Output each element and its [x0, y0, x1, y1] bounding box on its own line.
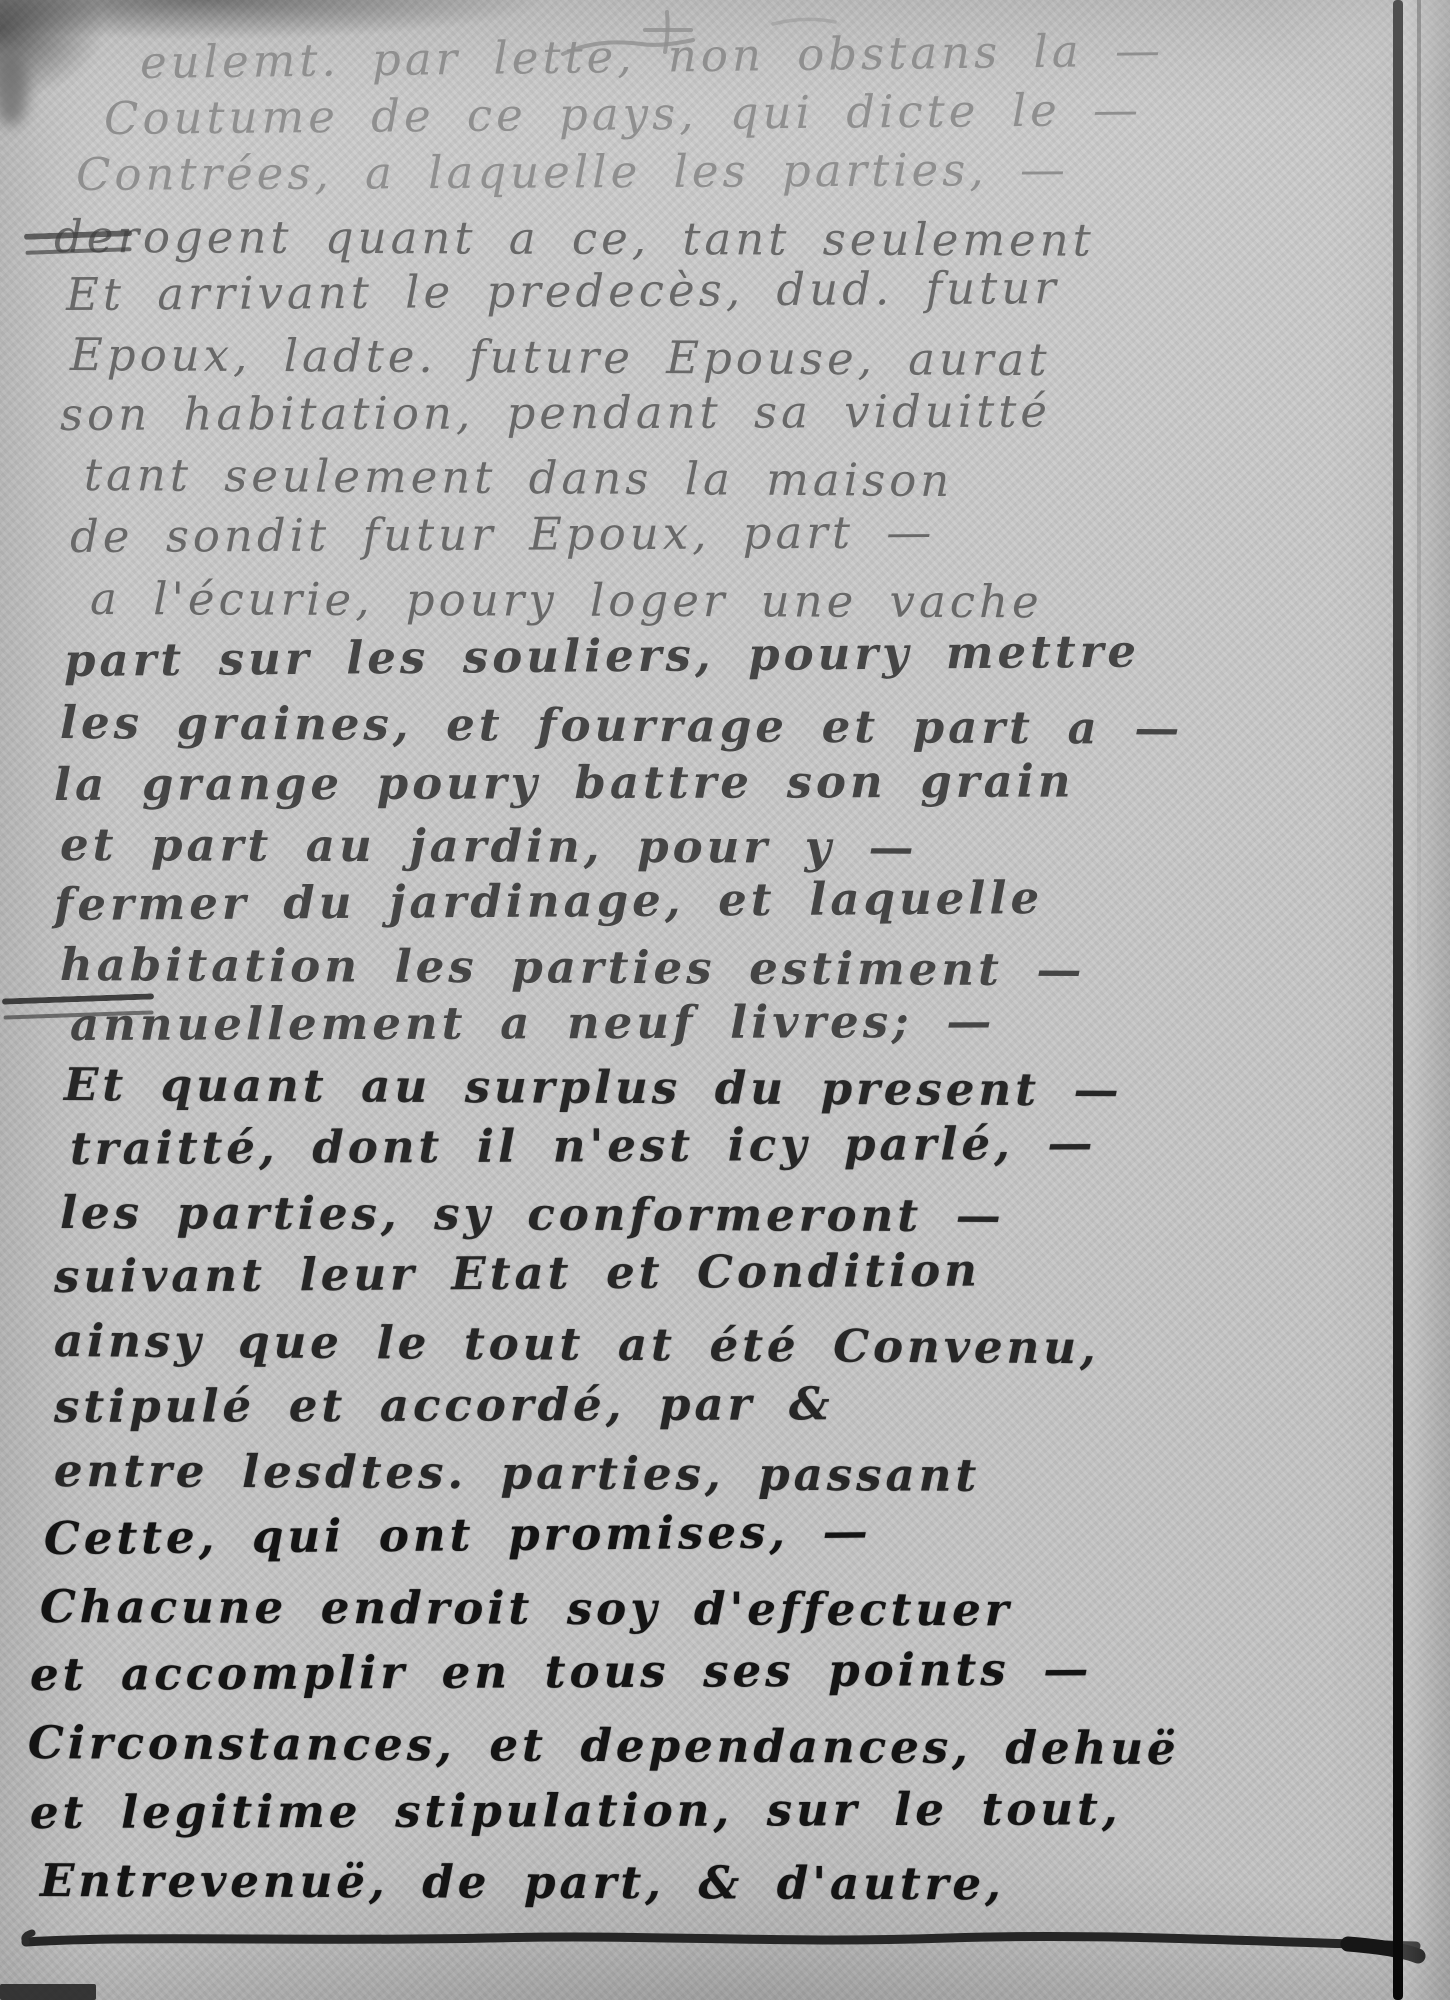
manuscript-line: ainsy que le tout at été Convenu,	[54, 1318, 1100, 1370]
manuscript-line: a l'écurie, poury loger une vache	[90, 576, 1043, 624]
closing-rule-flourish	[18, 1918, 1438, 1964]
manuscript-line: derogent quant a ce, tant seulement	[54, 214, 1095, 263]
manuscript-line: les parties, sy conformeront —	[60, 1190, 1005, 1238]
manuscript-line: et legitime stipulation, sur le tout,	[30, 1786, 1122, 1835]
manuscript-line: Circonstances, et dependances, dehuë	[28, 1720, 1180, 1771]
manuscript-line: Epoux, ladte. future Epouse, aurat	[70, 332, 1051, 382]
manuscript-line: tant seulement dans la maison	[84, 452, 954, 503]
manuscript-line: les graines, et fourrage et part a —	[60, 700, 1184, 751]
page-edge-strip	[1403, 0, 1450, 2000]
manuscript-line: Cette, qui ont promises, —	[44, 1509, 872, 1561]
manuscript-line: suivant leur Etat et Condition	[54, 1248, 981, 1299]
manuscript-line: fermer du jardinage, et laquelle	[54, 875, 1043, 927]
manuscript-line: Entrevenuë, de part, & d'autre,	[40, 1858, 1005, 1906]
manuscript-line: la grange poury battre son grain	[54, 758, 1075, 807]
manuscript-line: part sur les souliers, poury mettre	[64, 629, 1140, 683]
manuscript-line: de sondit futur Epoux, part —	[70, 509, 935, 559]
manuscript-line: eulemt. par lette, non obstans la —	[140, 27, 1165, 85]
manuscript-line: Et quant au surplus du present —	[64, 1062, 1123, 1113]
manuscript-line: Coutume de ce pays, qui dicte le —	[104, 87, 1142, 141]
manuscript-line: et part au jardin, pour y —	[60, 822, 918, 870]
manuscript-line: habitation les parties estiment —	[60, 942, 1086, 992]
manuscript-line: Et arrivant le predecès, dud. futur	[66, 265, 1060, 317]
manuscript-line: et accomplir en tous ses points —	[30, 1646, 1093, 1697]
manuscript-line: Chacune endroit soy d'effectuer	[40, 1584, 1013, 1632]
manuscript-line: entre lesdtes. parties, passant	[54, 1448, 980, 1498]
manuscript-line: son habitation, pendant sa viduitté	[60, 389, 1051, 437]
manuscript-text-block: eulemt. par lette, non obstans la —Coutu…	[0, 0, 1450, 2000]
bottom-left-ink-blot	[0, 1984, 96, 2000]
manuscript-line: annuellement a neuf livres; —	[70, 999, 996, 1047]
manuscript-line: stipulé et accordé, par &	[54, 1381, 834, 1429]
manuscript-line: traitté, dont il n'est icy parlé, —	[70, 1121, 1097, 1171]
manuscript-line: Contrées, a laquelle les parties, —	[76, 147, 1069, 197]
manuscript-page: eulemt. par lette, non obstans la —Coutu…	[0, 0, 1450, 2000]
page-binding-edge-line	[1393, 0, 1403, 2000]
